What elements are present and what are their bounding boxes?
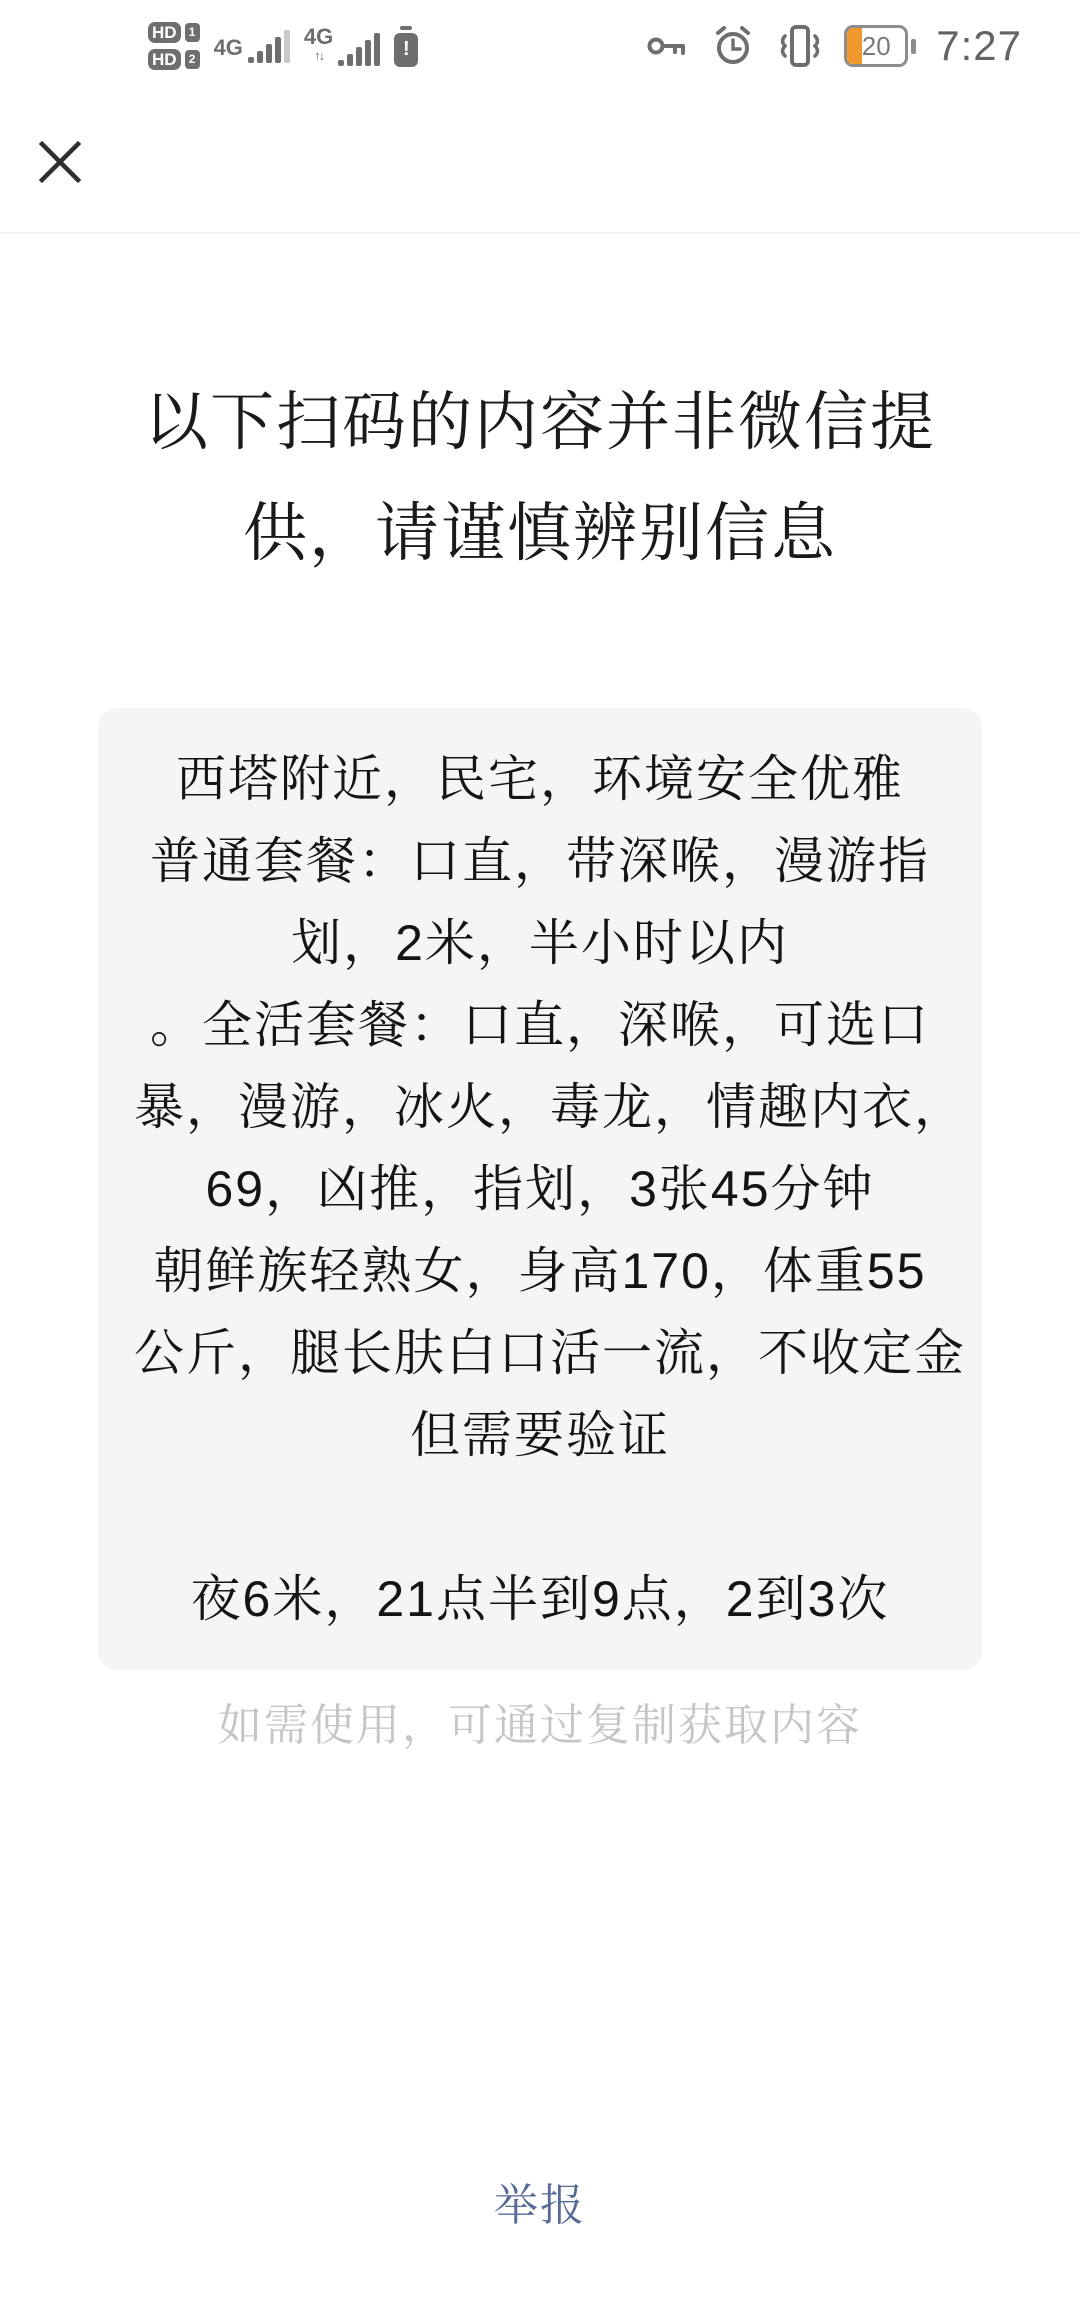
data-arrows-icon: ↑↓: [314, 49, 323, 62]
status-time: 7:27: [936, 22, 1022, 70]
hd-volte-indicators: HD 1 HD 2: [148, 22, 200, 70]
signal-sim2: 4G ↑↓: [304, 26, 380, 66]
battery-alert-icon: !: [394, 26, 418, 67]
nav-bar: [0, 92, 1080, 232]
scan-line: 夜6米，21点半到9点，2到3次: [134, 1558, 946, 1640]
scan-line: 但需要验证: [134, 1394, 946, 1476]
battery-icon: 20: [844, 25, 916, 67]
battery-percent: 20: [847, 33, 905, 59]
close-icon: [36, 138, 84, 186]
report-button[interactable]: 举报: [0, 2175, 1080, 2237]
status-left: HD 1 HD 2 4G 4G ↑↓: [148, 22, 418, 70]
network1-label: 4G: [214, 37, 243, 59]
scan-line: 普通套餐：口直，带深喉，漫游指: [134, 820, 946, 902]
signal-bars-sim1-icon: [248, 30, 290, 63]
status-bar: HD 1 HD 2 4G 4G ↑↓: [0, 0, 1080, 92]
signal-bars-sim2-icon: [338, 33, 380, 66]
scan-line: 公斤，腿长肤白口活一流，不收定金: [134, 1312, 946, 1394]
close-button[interactable]: [30, 132, 90, 192]
network2-label: 4G: [304, 26, 333, 48]
sim1-number-icon: 1: [185, 23, 200, 42]
warning-title-line2: 供，请谨慎辨别信息: [0, 478, 1080, 589]
scan-line: 暴，漫游，冰火，毒龙，情趣内衣，: [134, 1066, 946, 1148]
scan-line: 69，凶推，指划，3张45分钟: [134, 1148, 946, 1230]
hd1-icon: HD: [148, 22, 181, 43]
hd-sim2: HD 2: [148, 49, 200, 70]
signal-sim1: 4G: [214, 30, 290, 63]
scan-line: 西塔附近，民宅，环境安全优雅: [134, 738, 946, 820]
hd2-icon: HD: [148, 49, 181, 70]
scan-line-blank: [134, 1476, 946, 1558]
status-right: 20 7:27: [646, 22, 1022, 70]
header-divider: [0, 232, 1080, 234]
vibrate-icon: [776, 23, 824, 69]
scan-line: 。全活套餐：口直，深喉，可选口: [134, 984, 946, 1066]
warning-title-line1: 以下扫码的内容并非微信提: [0, 367, 1080, 478]
alarm-clock-icon: [710, 23, 756, 69]
key-icon: [646, 24, 690, 68]
hd-sim1: HD 1: [148, 22, 200, 43]
sim2-number-icon: 2: [185, 50, 200, 69]
warning-title: 以下扫码的内容并非微信提 供，请谨慎辨别信息: [0, 367, 1080, 589]
copy-hint-text: 如需使用，可通过复制获取内容: [0, 1695, 1080, 1757]
scan-line: 朝鲜族轻熟女，身高170，体重55: [134, 1230, 946, 1312]
scanned-content-box: 西塔附近，民宅，环境安全优雅 普通套餐：口直，带深喉，漫游指 划，2米，半小时以…: [98, 708, 982, 1670]
scan-line: 划，2米，半小时以内: [134, 902, 946, 984]
